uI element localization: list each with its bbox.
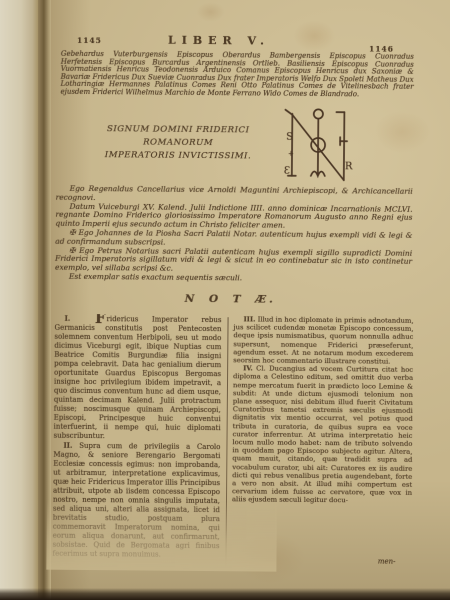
notae-title: N O T Æ.: [49, 292, 412, 307]
notes-columns: I. Fridericus Imperator rebus Germanicis…: [52, 314, 413, 569]
running-title: LIBER V.: [139, 33, 299, 47]
svg-text:Ɛ: Ɛ: [284, 166, 290, 177]
note-item-4: IV. Cl. Ducangius ad vocem Curtitura cit…: [232, 364, 413, 505]
witness-list: Gebehardus Vuterburgensis Episcopus Ober…: [61, 51, 414, 99]
note-text: Illud in hoc diplomate in primis adnotan…: [233, 315, 413, 365]
catchword: men-: [378, 558, 396, 566]
svg-text:S: S: [286, 132, 293, 143]
signum-heading-line2: IMPERATORIS INVICTISSIMI.: [72, 149, 284, 164]
notes-column-left: I. Fridericus Imperator rebus Germanicis…: [52, 314, 221, 567]
note-item-3: III. Illud in hoc diplomate in primis ad…: [233, 315, 413, 366]
note-number: II.: [63, 441, 72, 450]
drop-cap: F: [85, 314, 106, 322]
page-number-left: 1145: [77, 36, 102, 45]
note-text: Cl. Ducangius ad vocem Curtitura citat h…: [232, 365, 413, 505]
charter-text: Ego Regenaldus Cancellarius vice Arnoldi…: [55, 185, 413, 285]
notes-column-right: III. Illud in hoc diplomate in primis ad…: [231, 315, 413, 569]
note-number: I.: [65, 314, 71, 323]
note-item-2: II. Supra cum de privilegiis a Carolo Ma…: [52, 441, 220, 560]
book-photo: 1145 LIBER V. 1146 Gebehardus Vuterburge…: [0, 0, 450, 600]
signum-heading-line1: SIGNUM DOMINI FRIDERICI ROMANORUM: [72, 123, 284, 151]
signum-heading: SIGNUM DOMINI FRIDERICI ROMANORUM IMPERA…: [72, 123, 284, 164]
column-divider-rule: [225, 317, 228, 567]
page-content: 1145 LIBER V. 1146 Gebehardus Vuterburge…: [46, 0, 450, 600]
svg-text:R: R: [345, 161, 353, 172]
note-text: ridericus Imperator rebus Germanicis con…: [54, 315, 222, 440]
note-number: III.: [244, 315, 256, 323]
note-item-1: I. Fridericus Imperator rebus Germanicis…: [54, 314, 222, 442]
note-text: Supra cum de privilegiis a Carolo Magno,…: [52, 442, 220, 559]
frederick-monogram-icon: S + Ɛ R: [280, 106, 357, 189]
facing-page-edge: [0, 0, 38, 600]
charter-paragraph-exemplar: Est exemplar satis exactum sequentis sæc…: [55, 273, 412, 285]
book-page: 1145 LIBER V. 1146 Gebehardus Vuterburge…: [51, 0, 450, 600]
photo-bottom-shadow: [0, 588, 450, 600]
svg-text:+: +: [288, 150, 294, 158]
